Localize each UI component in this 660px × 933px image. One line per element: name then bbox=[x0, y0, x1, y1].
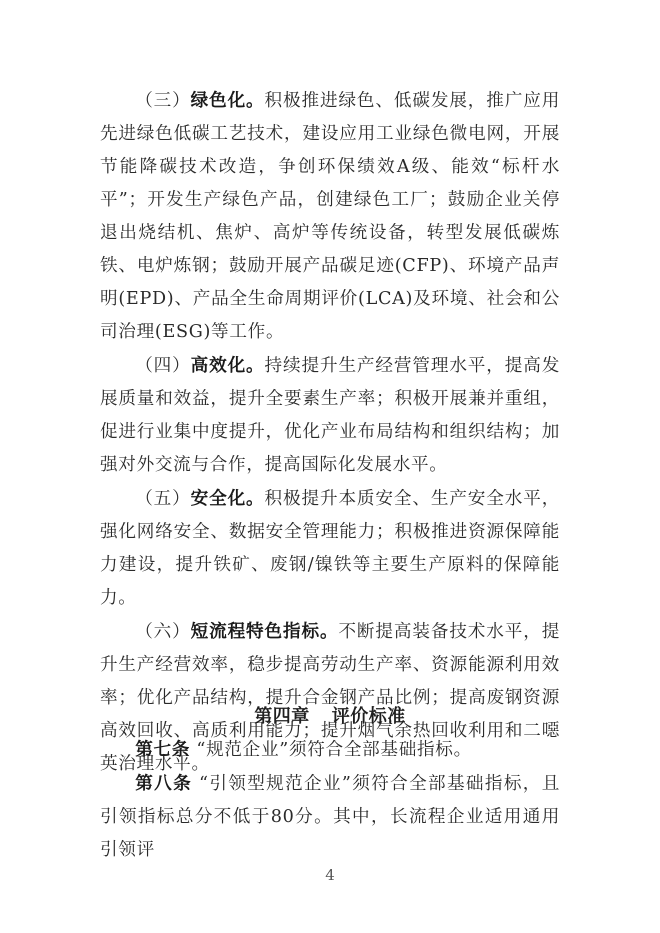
page-number: 4 bbox=[0, 866, 660, 884]
paragraph-label: （五） bbox=[135, 489, 190, 509]
article-8: 第八条 “引领型规范企业”须符合全部基础指标，且引领指标总分不低于80分。其中，… bbox=[100, 767, 560, 867]
articles: 第七条 “规范企业”须符合全部基础指标。 第八条 “引领型规范企业”须符合全部基… bbox=[100, 733, 560, 867]
article-label: 第七条 bbox=[135, 739, 190, 760]
paragraph-text: 积极推进绿色、低碳发展，推广应用先进绿色低碳工艺技术，建设应用工业绿色微电网，开… bbox=[100, 91, 560, 342]
chapter-number: 第四章 bbox=[254, 706, 310, 727]
chapter-heading: 第四章评价标准 bbox=[100, 700, 560, 733]
body-text: （三）绿色化。积极推进绿色、低碳发展，推广应用先进绿色低碳工艺技术，建设应用工业… bbox=[100, 84, 560, 781]
paragraph-label: （三） bbox=[135, 91, 190, 111]
paragraph-safety: （五）安全化。积极提升本质安全、生产安全水平，强化网络安全、数据安全管理能力；积… bbox=[100, 482, 560, 615]
paragraph-green: （三）绿色化。积极推进绿色、低碳发展，推广应用先进绿色低碳工艺技术，建设应用工业… bbox=[100, 84, 560, 349]
paragraph-title: 短流程特色指标。 bbox=[191, 621, 339, 642]
article-label: 第八条 bbox=[135, 773, 192, 794]
paragraph-title: 安全化。 bbox=[191, 488, 265, 509]
paragraph-title: 绿色化。 bbox=[191, 90, 265, 111]
paragraph-title: 高效化。 bbox=[191, 355, 265, 376]
article-text: “规范企业”须符合全部基础指标。 bbox=[196, 740, 472, 760]
paragraph-label: （六） bbox=[135, 622, 190, 642]
article-7: 第七条 “规范企业”须符合全部基础指标。 bbox=[100, 733, 560, 767]
chapter-title: 评价标准 bbox=[332, 706, 406, 727]
paragraph-efficiency: （四）高效化。持续提升生产经营管理水平，提高发展质量和效益，提升全要素生产率；积… bbox=[100, 349, 560, 482]
paragraph-label: （四） bbox=[135, 356, 190, 376]
document-page: （三）绿色化。积极推进绿色、低碳发展，推广应用先进绿色低碳工艺技术，建设应用工业… bbox=[0, 0, 660, 933]
